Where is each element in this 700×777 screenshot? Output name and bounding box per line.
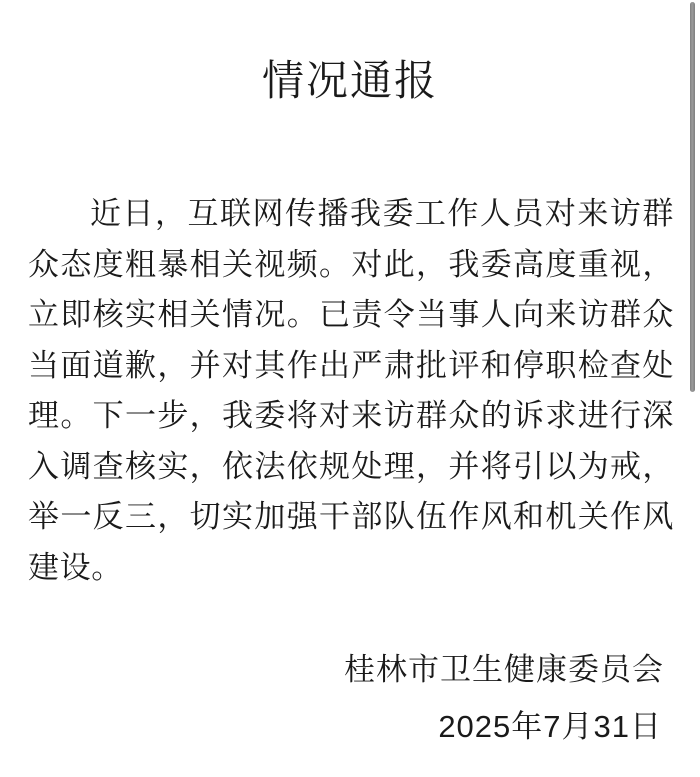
notice-body-paragraph: 近日，互联网传播我委工作人员对来访群众态度粗暴相关视频。对此，我委高度重视，立即…	[28, 189, 674, 593]
scrollbar-track	[688, 0, 700, 777]
notice-title: 情况通报	[0, 0, 700, 105]
scrollbar-thumb[interactable]	[690, 2, 695, 392]
notice-signature: 桂林市卫生健康委员会	[0, 645, 700, 695]
notice-page: 情况通报 近日，互联网传播我委工作人员对来访群众态度粗暴相关视频。对此，我委高度…	[0, 0, 700, 777]
notice-date: 2025年7月31日	[0, 702, 700, 752]
